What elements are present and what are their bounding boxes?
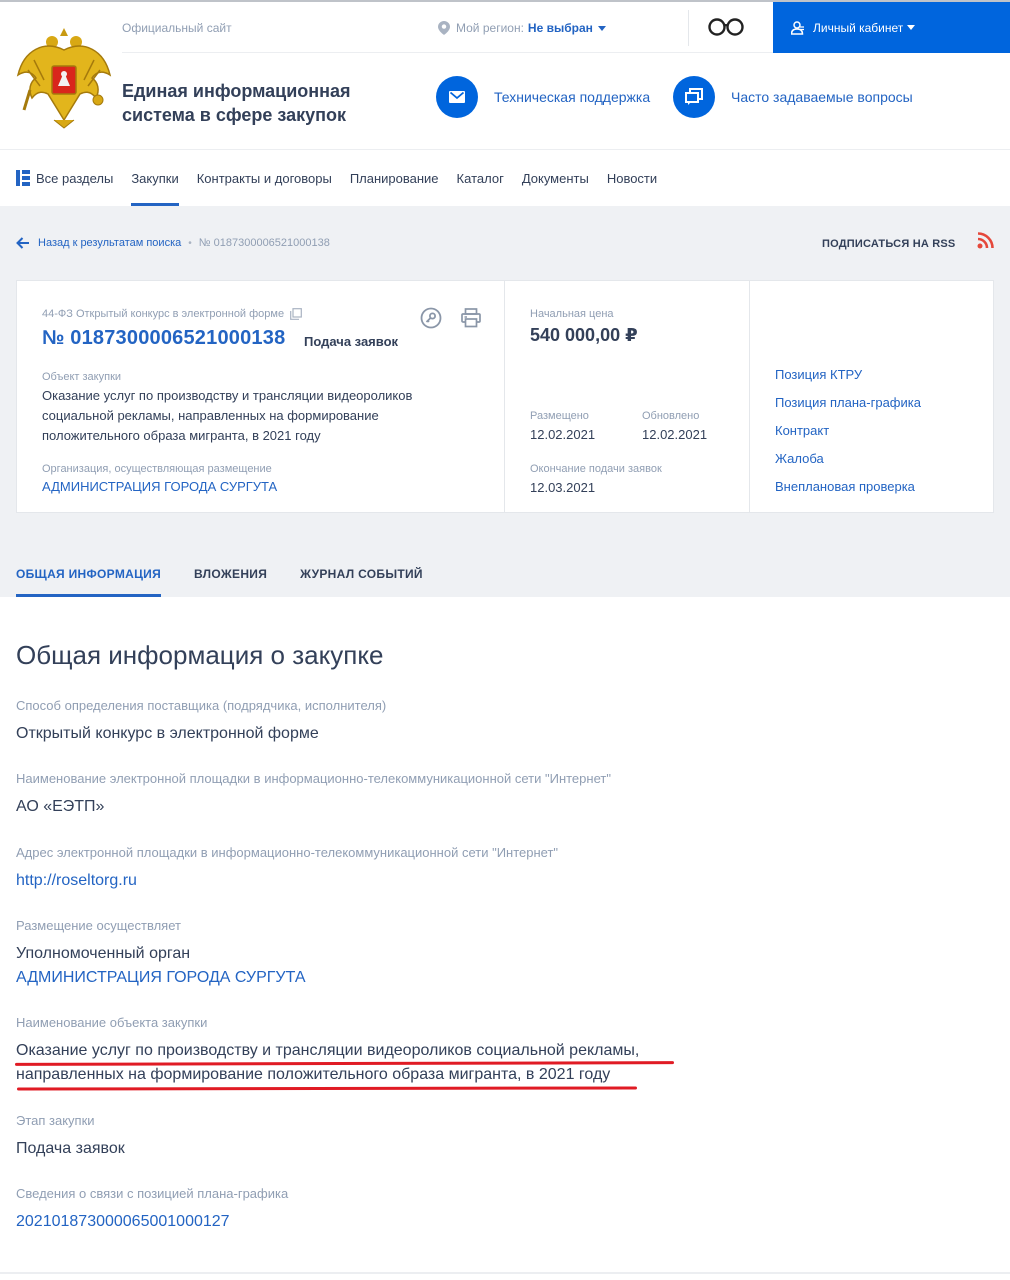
- russian-emblem-icon[interactable]: [14, 20, 114, 130]
- nav-item-documents[interactable]: Документы: [522, 150, 589, 206]
- tab-event-log[interactable]: ЖУРНАЛ СОБЫТИЙ: [300, 552, 423, 597]
- breadcrumb: Назад к результатам поиска • № 018730000…: [16, 237, 330, 249]
- region-selector[interactable]: Мой регион: Не выбран: [438, 21, 606, 35]
- purchase-card: 44-ФЗ Открытый конкурс в электронной фор…: [16, 280, 994, 513]
- tab-general-info[interactable]: ОБЩАЯ ИНФОРМАЦИЯ: [16, 552, 161, 597]
- field-value-line-1: Оказание услуг по производству и трансля…: [16, 1039, 916, 1063]
- field-label: Адрес электронной площадки в информацион…: [16, 845, 916, 860]
- divider: [0, 1272, 1010, 1274]
- nav-label: Все разделы: [36, 171, 113, 186]
- copy-icon[interactable]: [290, 308, 302, 320]
- chevron-down-icon: [907, 25, 915, 30]
- breadcrumb-current: № 0187300006521000138: [199, 237, 330, 249]
- posted-date: 12.02.2021: [530, 427, 595, 442]
- chevron-down-icon: [598, 26, 606, 31]
- related-links: Позиция КТРУ Позиция плана-графика Контр…: [775, 367, 921, 507]
- breadcrumb-separator: •: [188, 238, 192, 249]
- org-label: Организация, осуществляющая размещение: [42, 463, 272, 475]
- field-label: Наименование объекта закупки: [16, 1015, 916, 1030]
- page-title: Общая информация о закупке: [16, 640, 383, 671]
- deadline-label: Окончание подачи заявок: [530, 463, 662, 475]
- purchase-number[interactable]: № 0187300006521000138: [42, 327, 285, 350]
- main-nav: Все разделы Закупки Контракты и договоры…: [0, 150, 1010, 206]
- sections-icon: [16, 170, 30, 186]
- field-label: Сведения о связи с позицией плана-график…: [16, 1186, 916, 1201]
- nav-item-news[interactable]: Новости: [607, 150, 657, 206]
- field-value: Уполномоченный орган: [16, 942, 916, 966]
- updated-label: Обновлено: [642, 410, 699, 422]
- rss-icon[interactable]: [977, 232, 994, 249]
- link-ktru-position[interactable]: Позиция КТРУ: [775, 367, 921, 395]
- arrow-left-icon[interactable]: [16, 237, 30, 249]
- key-icon[interactable]: [420, 307, 442, 329]
- nav-item-catalog[interactable]: Каталог: [457, 150, 504, 206]
- field-label: Размещение осуществляет: [16, 918, 916, 933]
- site-title[interactable]: Единая информационная система в сфере за…: [122, 79, 422, 127]
- nav-item-contracts[interactable]: Контракты и договоры: [197, 150, 332, 206]
- tab-attachments[interactable]: ВЛОЖЕНИЯ: [194, 552, 267, 597]
- platform-url-link[interactable]: http://roseltorg.ru: [16, 869, 916, 893]
- plan-position-link[interactable]: 202101873000065001000127: [16, 1210, 916, 1234]
- field-platform-name: Наименование электронной площадки в инфо…: [16, 771, 916, 819]
- user-icon: [791, 21, 805, 35]
- faq-label: Часто задаваемые вопросы: [731, 89, 913, 105]
- object-label: Объект закупки: [42, 371, 121, 383]
- field-platform-address: Адрес электронной площадки в информацион…: [16, 845, 916, 893]
- price-label: Начальная цена: [530, 308, 614, 320]
- purchase-tabs: ОБЩАЯ ИНФОРМАЦИЯ ВЛОЖЕНИЯ ЖУРНАЛ СОБЫТИЙ: [16, 552, 456, 597]
- nav-item-purchases[interactable]: Закупки: [131, 150, 178, 206]
- location-pin-icon: [438, 21, 450, 35]
- field-object-name: Наименование объекта закупки Оказание ус…: [16, 1015, 916, 1087]
- tech-support-label: Техническая поддержка: [494, 89, 650, 105]
- field-value-line-2: направленных на формирование положительн…: [16, 1063, 916, 1087]
- divider: [688, 10, 689, 46]
- initial-price: 540 000,00 ₽: [530, 325, 638, 346]
- cabinet-label: Личный кабинет: [813, 21, 903, 35]
- chat-icon: [673, 76, 715, 118]
- field-plan-position: Сведения о связи с позицией плана-график…: [16, 1186, 916, 1234]
- field-value: Подача заявок: [16, 1137, 916, 1161]
- region-value[interactable]: Не выбран: [528, 21, 593, 35]
- back-to-results-link[interactable]: Назад к результатам поиска: [38, 237, 181, 249]
- purchase-price-column: Начальная цена 540 000,00 ₽ Размещено 12…: [505, 281, 750, 512]
- divider: [122, 52, 773, 53]
- nav-item-all-sections[interactable]: Все разделы: [16, 150, 113, 206]
- purchase-stage: Подача заявок: [304, 334, 398, 349]
- link-plan-position[interactable]: Позиция плана-графика: [775, 395, 921, 423]
- related-links-column: Позиция КТРУ Позиция плана-графика Контр…: [750, 281, 993, 512]
- tech-support-link[interactable]: Техническая поддержка: [436, 76, 650, 118]
- nav-item-planning[interactable]: Планирование: [350, 150, 439, 206]
- glasses-icon[interactable]: [707, 16, 745, 38]
- field-stage: Этап закупки Подача заявок: [16, 1113, 916, 1161]
- field-label: Наименование электронной площадки в инфо…: [16, 771, 916, 786]
- law-type: 44-ФЗ Открытый конкурс в электронной фор…: [42, 308, 302, 320]
- official-site-label: Официальный сайт: [122, 21, 232, 35]
- site-header: Официальный сайт Единая информационная с…: [0, 0, 1010, 150]
- field-label: Способ определения поставщика (подрядчик…: [16, 698, 916, 713]
- link-unscheduled-check[interactable]: Внеплановая проверка: [775, 479, 921, 507]
- region-label: Мой регион:: [456, 21, 524, 35]
- link-contract[interactable]: Контракт: [775, 423, 921, 451]
- object-text: Оказание услуг по производству и трансля…: [42, 386, 462, 446]
- updated-date: 12.02.2021: [642, 427, 707, 442]
- field-label: Этап закупки: [16, 1113, 916, 1128]
- field-placement-by: Размещение осуществляет Уполномоченный о…: [16, 918, 916, 990]
- link-complaint[interactable]: Жалоба: [775, 451, 921, 479]
- law-type-label: 44-ФЗ Открытый конкурс в электронной фор…: [42, 308, 284, 320]
- personal-cabinet-button[interactable]: Личный кабинет: [773, 2, 1010, 53]
- field-supplier-method: Способ определения поставщика (подрядчик…: [16, 698, 916, 746]
- org-link[interactable]: АДМИНИСТРАЦИЯ ГОРОДА СУРГУТА: [42, 479, 277, 494]
- faq-link[interactable]: Часто задаваемые вопросы: [673, 76, 913, 118]
- mail-icon: [436, 76, 478, 118]
- posted-label: Размещено: [530, 410, 589, 422]
- red-underline-annotation: [17, 1086, 637, 1090]
- purchase-main-column: 44-ФЗ Открытый конкурс в электронной фор…: [17, 281, 505, 512]
- org-link[interactable]: АДМИНИСТРАЦИЯ ГОРОДА СУРГУТА: [16, 966, 916, 990]
- deadline-date: 12.03.2021: [530, 480, 595, 495]
- print-icon[interactable]: [460, 307, 482, 329]
- rss-subscribe-link[interactable]: ПОДПИСАТЬСЯ НА RSS: [822, 238, 955, 250]
- field-value: АО «ЕЭТП»: [16, 795, 916, 819]
- field-value: Открытый конкурс в электронной форме: [16, 722, 916, 746]
